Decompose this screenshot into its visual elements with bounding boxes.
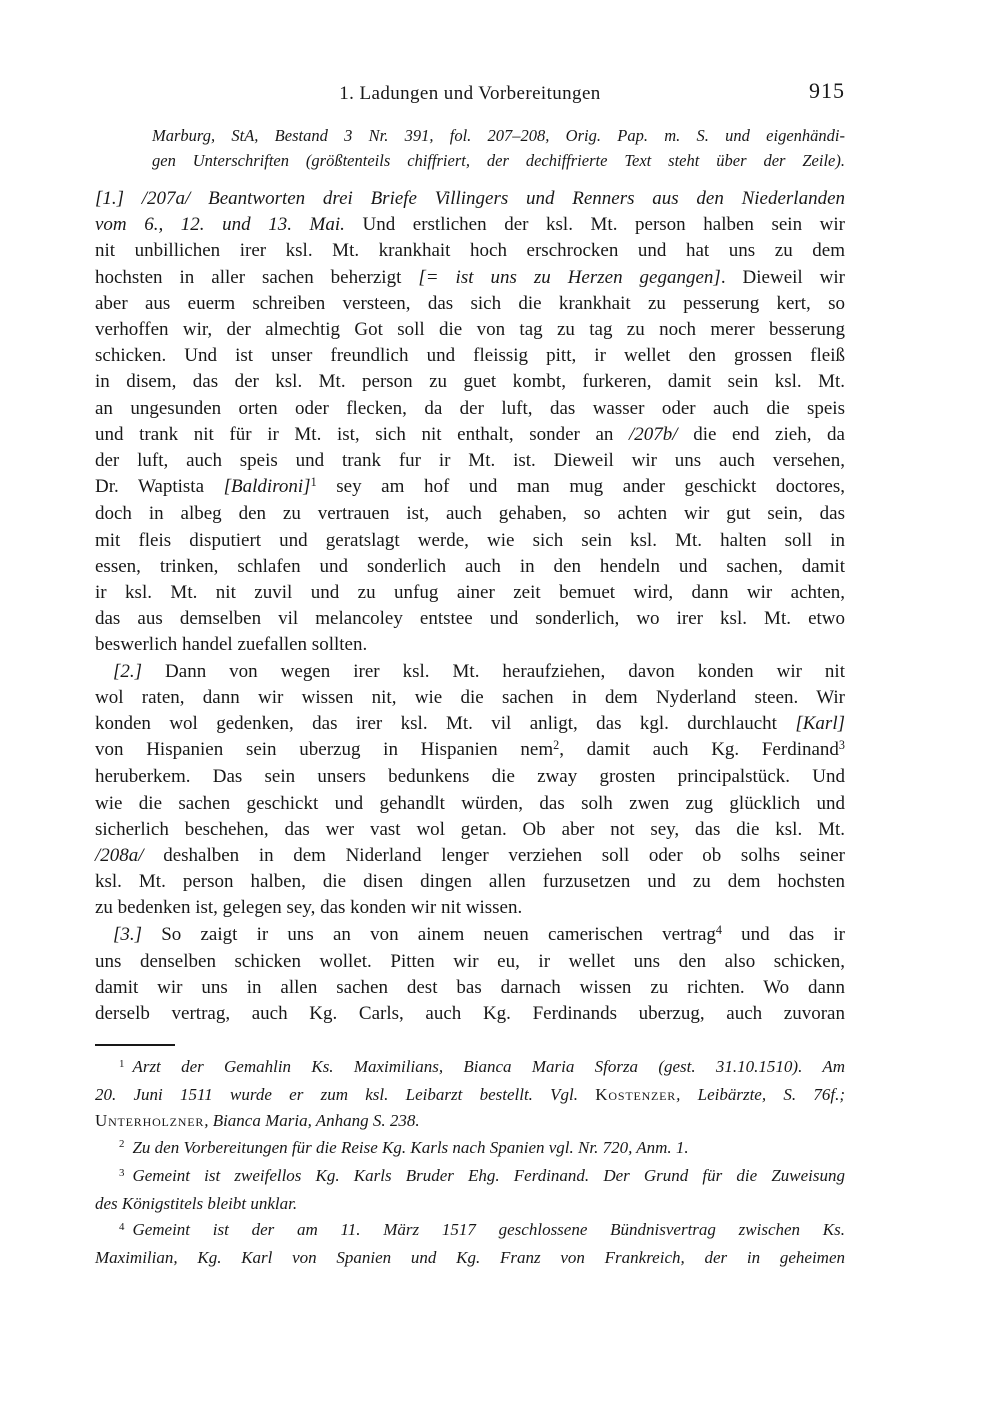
text-line: wol raten, dann wir wissen nit, wie die … [95,685,845,711]
text-segment: der luft, auch speis und trank fur ir Mt… [95,450,845,471]
text-segment: mit fleis disputiert und geratslagt werd… [95,530,845,551]
body-text: [1.] /207a/ Beantworten drei Briefe Vill… [95,186,845,1028]
text-line: [3.] So zaigt ir uns an von ainem neuen … [95,922,845,949]
text-segment: doch in albeg den zu vertrauen ist, auch… [95,503,845,524]
footnotes-section: 1Arzt der Gemahlin Ks. Maximilians, Bian… [95,1054,845,1272]
footnote-number: 3 [119,1167,124,1179]
text-segment: des Königstitels bleibt unklar. [95,1194,297,1213]
text-segment: ksl. Mt. person halben, die disen dingen… [95,871,845,892]
text-line: nit unbillichen irer ksl. Mt. krankhait … [95,238,845,264]
text-line: uns denselben schicken wollet. Pitten wi… [95,949,845,975]
text-segment: Gemeint ist zweifellos Kg. Karls Bruder … [132,1166,845,1185]
text-line: konden wol gedenken, das irer ksl. Mt. v… [95,711,845,737]
text-segment: in disem, das der ksl. Mt. person zu gue… [95,371,845,392]
text-segment: nit unbillichen irer ksl. Mt. krankhait … [95,240,845,261]
text-segment: hochsten in aller sachen beherzigt [95,267,418,288]
footnote-number: 1 [119,1058,124,1070]
text-segment: [2.] [113,661,142,682]
text-segment: zu bedenken ist, gelegen sey, das konden… [95,897,522,918]
source-citation: Marburg, StA, Bestand 3 Nr. 391, fol. 20… [152,124,845,173]
text-line: Unterholzner, Bianca Maria, Anhang S. 23… [95,1108,845,1134]
footnote-number: 2 [119,1138,124,1150]
book-page: 1. Ladungen und Vorbereitungen 915 Marbu… [0,0,1004,1418]
text-line: der luft, auch speis und trank fur ir Mt… [95,448,845,474]
footnote-ref: 2 [553,738,559,752]
text-segment: /208a/ [95,845,144,866]
text-line: und trank nit für ir Mt. ist, sich nit e… [95,422,845,448]
text-line: 2Zu den Vorbereitungen für die Reise Kg.… [95,1135,845,1163]
text-line: Maximilian, Kg. Karl von Spanien und Kg.… [95,1245,845,1271]
text-segment: wol raten, dann wir wissen nit, wie die … [95,687,845,708]
text-line: 1Arzt der Gemahlin Ks. Maximilians, Bian… [95,1054,845,1082]
text-line: in disem, das der ksl. Mt. person zu gue… [95,369,845,395]
text-segment: damit wir uns in allen sachen dest bas d… [95,977,845,998]
text-segment: das aus demselben vil melancoley entstee… [95,608,845,629]
text-segment: Dann von wegen irer ksl. Mt. heraufziehe… [142,661,845,682]
text-segment: sicherlich beschehen, das wer vast wol g… [95,819,845,840]
footnote-ref: 4 [716,923,722,937]
text-segment: an ungesunden orten oder flecken, da der… [95,398,845,419]
text-line: heruberkem. Das sein unsers bedunkens di… [95,764,845,790]
text-line: des Königstitels bleibt unklar. [95,1191,845,1217]
text-line: von Hispanien sein uberzug in Hispanien … [95,737,845,764]
text-line: [1.] /207a/ Beantworten drei Briefe Vill… [95,186,845,212]
running-header-title: 1. Ladungen und Vorbereitungen [339,83,600,104]
text-line: /208a/ deshalben in dem Niderland lenger… [95,843,845,869]
text-line: mit fleis disputiert und geratslagt werd… [95,528,845,554]
text-segment: derselb vertrag, auch Kg. Carls, auch Kg… [95,1003,845,1024]
text-segment: Maximilian, Kg. Karl von Spanien und Kg.… [95,1248,845,1267]
text-segment: [Baldironi] [224,476,311,497]
text-line: ksl. Mt. person halben, die disen dingen… [95,869,845,895]
text-segment: Zu den Vorbereitungen für die Reise Kg. … [132,1138,688,1157]
text-segment: , damit auch Kg. Ferdinand [559,739,839,760]
text-line: schicken. Und ist unser freundlich und f… [95,343,845,369]
text-line: 3Gemeint ist zweifellos Kg. Karls Bruder… [95,1163,845,1191]
footnote-separator [95,1044,175,1046]
text-segment: uns denselben schicken wollet. Pitten wi… [95,951,845,972]
text-segment: [Karl] [795,713,845,734]
text-line: gen Unterschriften (größtenteils chiffri… [152,149,845,174]
text-segment: vom 6., 12. und 13. Mai. [95,214,345,235]
text-line: 20. Juni 1511 wurde er zum ksl. Leibarzt… [95,1082,845,1108]
text-line: derselb vertrag, auch Kg. Carls, auch Kg… [95,1001,845,1027]
page-number: 915 [809,79,845,103]
text-segment: . Dieweil wir [721,267,845,288]
body-paragraph: [1.] /207a/ Beantworten drei Briefe Vill… [95,186,845,659]
text-segment: gen Unterschriften (größtenteils chiffri… [152,151,845,170]
footnote-item: 2Zu den Vorbereitungen für die Reise Kg.… [95,1135,845,1163]
footnote-number: 4 [119,1221,124,1233]
text-line: sicherlich beschehen, das wer vast wol g… [95,817,845,843]
author-smallcaps: Kostenzer [595,1085,676,1104]
text-segment: sey am hof und man mug ander geschickt d… [317,476,845,497]
footnote-item: 4Gemeint ist der am 11. März 1517 geschl… [95,1217,845,1271]
body-paragraph: [3.] So zaigt ir uns an von ainem neuen … [95,922,845,1028]
text-segment: aber aus euerm schreiben versteen, das s… [95,293,845,314]
text-segment: schicken. Und ist unser freundlich und f… [95,345,845,366]
text-line: aber aus euerm schreiben versteen, das s… [95,291,845,317]
text-segment: Arzt der Gemahlin Ks. Maximilians, Bianc… [132,1057,845,1076]
text-segment: [1.] /207a/ Beantworten drei Briefe Vill… [95,188,845,209]
text-segment: deshalben in dem Niderland lenger verzie… [144,845,845,866]
text-line: ir ksl. Mt. nit zuvil und zu unfug ainer… [95,580,845,606]
text-line: Marburg, StA, Bestand 3 Nr. 391, fol. 20… [152,124,845,149]
footnote-ref: 1 [311,475,317,489]
text-segment: , Bianca Maria, Anhang S. 238. [204,1111,419,1130]
footnote-ref: 3 [839,738,845,752]
text-segment: und das ir [722,924,845,945]
text-segment: verhoffen wir, der almechtig Got soll di… [95,319,845,340]
text-line: beswerlich handel zuefallen sollten. [95,632,845,658]
text-segment: heruberkem. Das sein unsers bedunkens di… [95,766,845,787]
text-segment: konden wol gedenken, das irer ksl. Mt. v… [95,713,795,734]
text-line: damit wir uns in allen sachen dest bas d… [95,975,845,1001]
text-segment: beswerlich handel zuefallen sollten. [95,634,367,655]
text-segment: wie die sachen geschickt und gehandlt wü… [95,793,845,814]
footnote-item: 1Arzt der Gemahlin Ks. Maximilians, Bian… [95,1054,845,1135]
text-line: 4Gemeint ist der am 11. März 1517 geschl… [95,1217,845,1245]
footnote-item: 3Gemeint ist zweifellos Kg. Karls Bruder… [95,1163,845,1217]
text-line: das aus demselben vil melancoley entstee… [95,606,845,632]
text-line: zu bedenken ist, gelegen sey, das konden… [95,895,845,921]
text-segment: und trank nit für ir Mt. ist, sich nit e… [95,424,629,445]
text-segment: Und erstlichen der ksl. Mt. person halbe… [345,214,845,235]
text-segment: So zaigt ir uns an von ainem neuen camer… [142,924,716,945]
text-line: wie die sachen geschickt und gehandlt wü… [95,791,845,817]
text-line: verhoffen wir, der almechtig Got soll di… [95,317,845,343]
text-segment: die end zieh, da [678,424,845,445]
text-line: Dr. Waptista [Baldironi]1 sey am hof und… [95,474,845,501]
text-segment: [3.] [113,924,142,945]
text-segment: ir ksl. Mt. nit zuvil und zu unfug ainer… [95,582,845,603]
text-segment: [= ist uns zu Herzen gegangen] [418,267,720,288]
page-header: 1. Ladungen und Vorbereitungen 915 [95,82,845,106]
text-segment: /207b/ [629,424,678,445]
text-segment: , Leibärzte, S. 76f.; [676,1085,845,1104]
text-segment: 20. Juni 1511 wurde er zum ksl. Leibarzt… [95,1085,595,1104]
text-line: doch in albeg den zu vertrauen ist, auch… [95,501,845,527]
text-segment: Dr. Waptista [95,476,224,497]
text-line: an ungesunden orten oder flecken, da der… [95,396,845,422]
text-segment: Marburg, StA, Bestand 3 Nr. 391, fol. 20… [152,126,845,145]
text-line: essen, trinken, schlafen und sonderlich … [95,554,845,580]
text-segment: essen, trinken, schlafen und sonderlich … [95,556,845,577]
text-segment: Gemeint ist der am 11. März 1517 geschlo… [132,1220,845,1239]
text-line: vom 6., 12. und 13. Mai. Und erstlichen … [95,212,845,238]
author-smallcaps: Unterholzner [95,1111,204,1130]
body-paragraph: [2.] Dann von wegen irer ksl. Mt. herauf… [95,659,845,922]
text-segment: von Hispanien sein uberzug in Hispanien … [95,739,553,760]
text-line: hochsten in aller sachen beherzigt [= is… [95,265,845,291]
text-line: [2.] Dann von wegen irer ksl. Mt. herauf… [95,659,845,685]
